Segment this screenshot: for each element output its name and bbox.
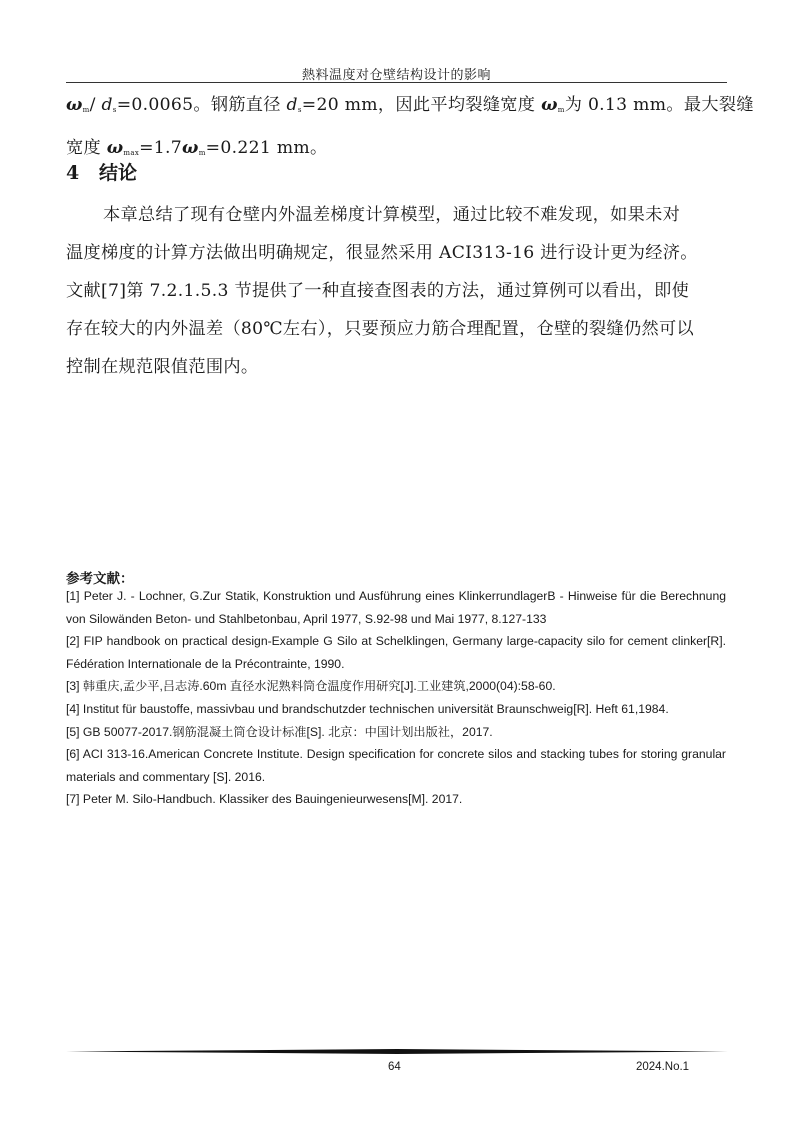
footer-rule (66, 1049, 728, 1054)
reference-item: [7] Peter M. Silo-Handbuch. Klassiker de… (66, 788, 726, 811)
paragraph-line: 文献[7]第 7.2.1.5.3 节提供了一种直接查图表的方法，通过算例可以看出… (66, 272, 728, 310)
conclusion-paragraph: 本章总结了现有仓壁内外温差梯度计算模型，通过比较不难发现，如果未对 温度梯度的计… (66, 196, 728, 386)
reference-list: [1] Peter J. - Lochner, G.Zur Statik, Ko… (66, 585, 726, 811)
calculation-line-1: ωm/ ds=0.0065。钢筋直径 ds=20 mm，因此平均裂缝宽度 ωm为… (66, 86, 728, 129)
paragraph-line: 本章总结了现有仓壁内外温差梯度计算模型，通过比较不难发现，如果未对 (66, 196, 728, 234)
paragraph-line: 控制在规范限值范围内。 (66, 348, 728, 386)
section-title: 结论 (99, 162, 137, 184)
references-title: 参考文献： (66, 567, 134, 587)
calculation-line-2: 宽度 ωmax=1.7ωm=0.221 mm。 (66, 129, 728, 172)
paragraph-line: 温度梯度的计算方法做出明确规定，很显然采用 ACI313-16 进行设计更为经济… (66, 234, 728, 272)
issue-label: 2024.No.1 (636, 1061, 689, 1073)
reference-item: [6] ACI 313-16.American Concrete Institu… (66, 743, 726, 788)
paragraph-line: 存在较大的内外温差（80℃左右），只要预应力筋合理配置，仓壁的裂缝仍然可以 (66, 310, 728, 348)
running-header: 熱料温度对仓壁结构设计的影响 (66, 64, 727, 83)
reference-item: [3] 韩重庆,孟少平,吕志涛.60m 直径水泥熟料筒仓温度作用研究[J].工业… (66, 675, 726, 698)
reference-item: [4] Institut für baustoffe, massivbau un… (66, 698, 726, 721)
calculation-text: ωm/ ds=0.0065。钢筋直径 ds=20 mm，因此平均裂缝宽度 ωm为… (66, 86, 728, 172)
header-rule (66, 82, 727, 83)
section-number: 4 (66, 158, 99, 188)
reference-item: [5] GB 50077-2017.钢筋混凝土筒仓设计标准[S]. 北京：中国计… (66, 721, 726, 744)
reference-item: [2] FIP handbook on practical design-Exa… (66, 630, 726, 675)
section-heading: 4结论 (66, 158, 137, 188)
page-number: 64 (388, 1061, 401, 1073)
reference-item: [1] Peter J. - Lochner, G.Zur Statik, Ko… (66, 585, 726, 630)
